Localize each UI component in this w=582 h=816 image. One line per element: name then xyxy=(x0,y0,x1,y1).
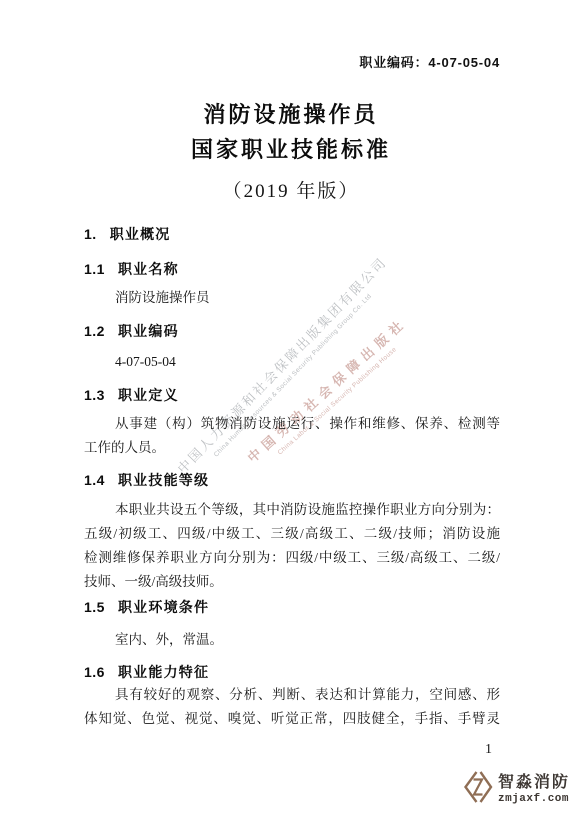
heading-text: 职业环境条件 xyxy=(118,599,209,615)
body-paragraph: 从事建（构）筑物消防设施运行、操作和维修、保养、检测等工作的人员。 xyxy=(84,412,500,460)
paragraph-line: 技师、一级/高级技师。 xyxy=(84,570,500,594)
heading-number: 1.1 xyxy=(84,261,105,277)
heading-number: 1.5 xyxy=(84,599,105,615)
paragraph-line: 五级/初级工、四级/中级工、三级/高级工、二级/技师；消防设施 xyxy=(84,522,500,546)
vendor-logo-text: 智淼消防 zmjaxf.com xyxy=(498,775,570,805)
vendor-url: zmjaxf.com xyxy=(498,794,570,805)
page-number: 1 xyxy=(485,742,492,758)
paragraph-line: 具有较好的观察、分析、判断、表达和计算能力，空间感、形 xyxy=(84,683,500,707)
heading-text: 职业概况 xyxy=(110,226,171,242)
body-paragraph: 4-07-05-04 xyxy=(84,350,500,374)
section-heading: 1.5职业环境条件 xyxy=(84,598,500,616)
heading-text: 职业技能等级 xyxy=(118,472,209,488)
heading-number: 1.2 xyxy=(84,323,105,339)
heading-text: 职业能力特征 xyxy=(118,664,209,680)
paragraph-line: 工作的人员。 xyxy=(84,436,500,460)
document-blocks: 1.职业概况1.1职业名称消防设施操作员1.2职业编码4-07-05-041.3… xyxy=(0,0,582,816)
heading-text: 职业定义 xyxy=(118,387,179,403)
heading-number: 1.4 xyxy=(84,472,105,488)
heading-text: 职业名称 xyxy=(118,261,179,277)
paragraph-line: 4-07-05-04 xyxy=(84,350,500,374)
section-heading: 1.职业概况 xyxy=(84,225,500,243)
heading-text: 职业编码 xyxy=(118,323,179,339)
paragraph-line: 体知觉、色觉、视觉、嗅觉、听觉正常，四肢健全，手指、手臂灵 xyxy=(84,707,500,731)
vendor-logo-link[interactable]: 智淼消防 zmjaxf.com xyxy=(463,769,570,810)
vendor-name: 智淼消防 xyxy=(498,775,570,791)
section-heading: 1.1职业名称 xyxy=(84,260,500,278)
diamond-z-icon xyxy=(463,769,493,810)
body-paragraph: 具有较好的观察、分析、判断、表达和计算能力，空间感、形体知觉、色觉、视觉、嗅觉、… xyxy=(84,683,500,731)
heading-number: 1.3 xyxy=(84,387,105,403)
paragraph-line: 本职业共设五个等级，其中消防设施监控操作职业方向分别为： xyxy=(84,498,500,522)
heading-number: 1. xyxy=(84,226,97,242)
paragraph-line: 消防设施操作员 xyxy=(84,286,500,310)
paragraph-line: 检测维修保养职业方向分别为：四级/中级工、三级/高级工、二级/ xyxy=(84,546,500,570)
section-heading: 1.4职业技能等级 xyxy=(84,471,500,489)
body-paragraph: 消防设施操作员 xyxy=(84,286,500,310)
section-heading: 1.2职业编码 xyxy=(84,322,500,340)
section-heading: 1.6职业能力特征 xyxy=(84,663,500,681)
body-paragraph: 本职业共设五个等级，其中消防设施监控操作职业方向分别为：五级/初级工、四级/中级… xyxy=(84,498,500,594)
paragraph-line: 室内、外，常温。 xyxy=(84,628,500,652)
heading-number: 1.6 xyxy=(84,664,105,680)
paragraph-line: 从事建（构）筑物消防设施运行、操作和维修、保养、检测等 xyxy=(84,412,500,436)
section-heading: 1.3职业定义 xyxy=(84,386,500,404)
document-page: 中国人力资源和社会保障出版集团有限公司 China Human Resource… xyxy=(0,0,582,816)
body-paragraph: 室内、外，常温。 xyxy=(84,628,500,652)
